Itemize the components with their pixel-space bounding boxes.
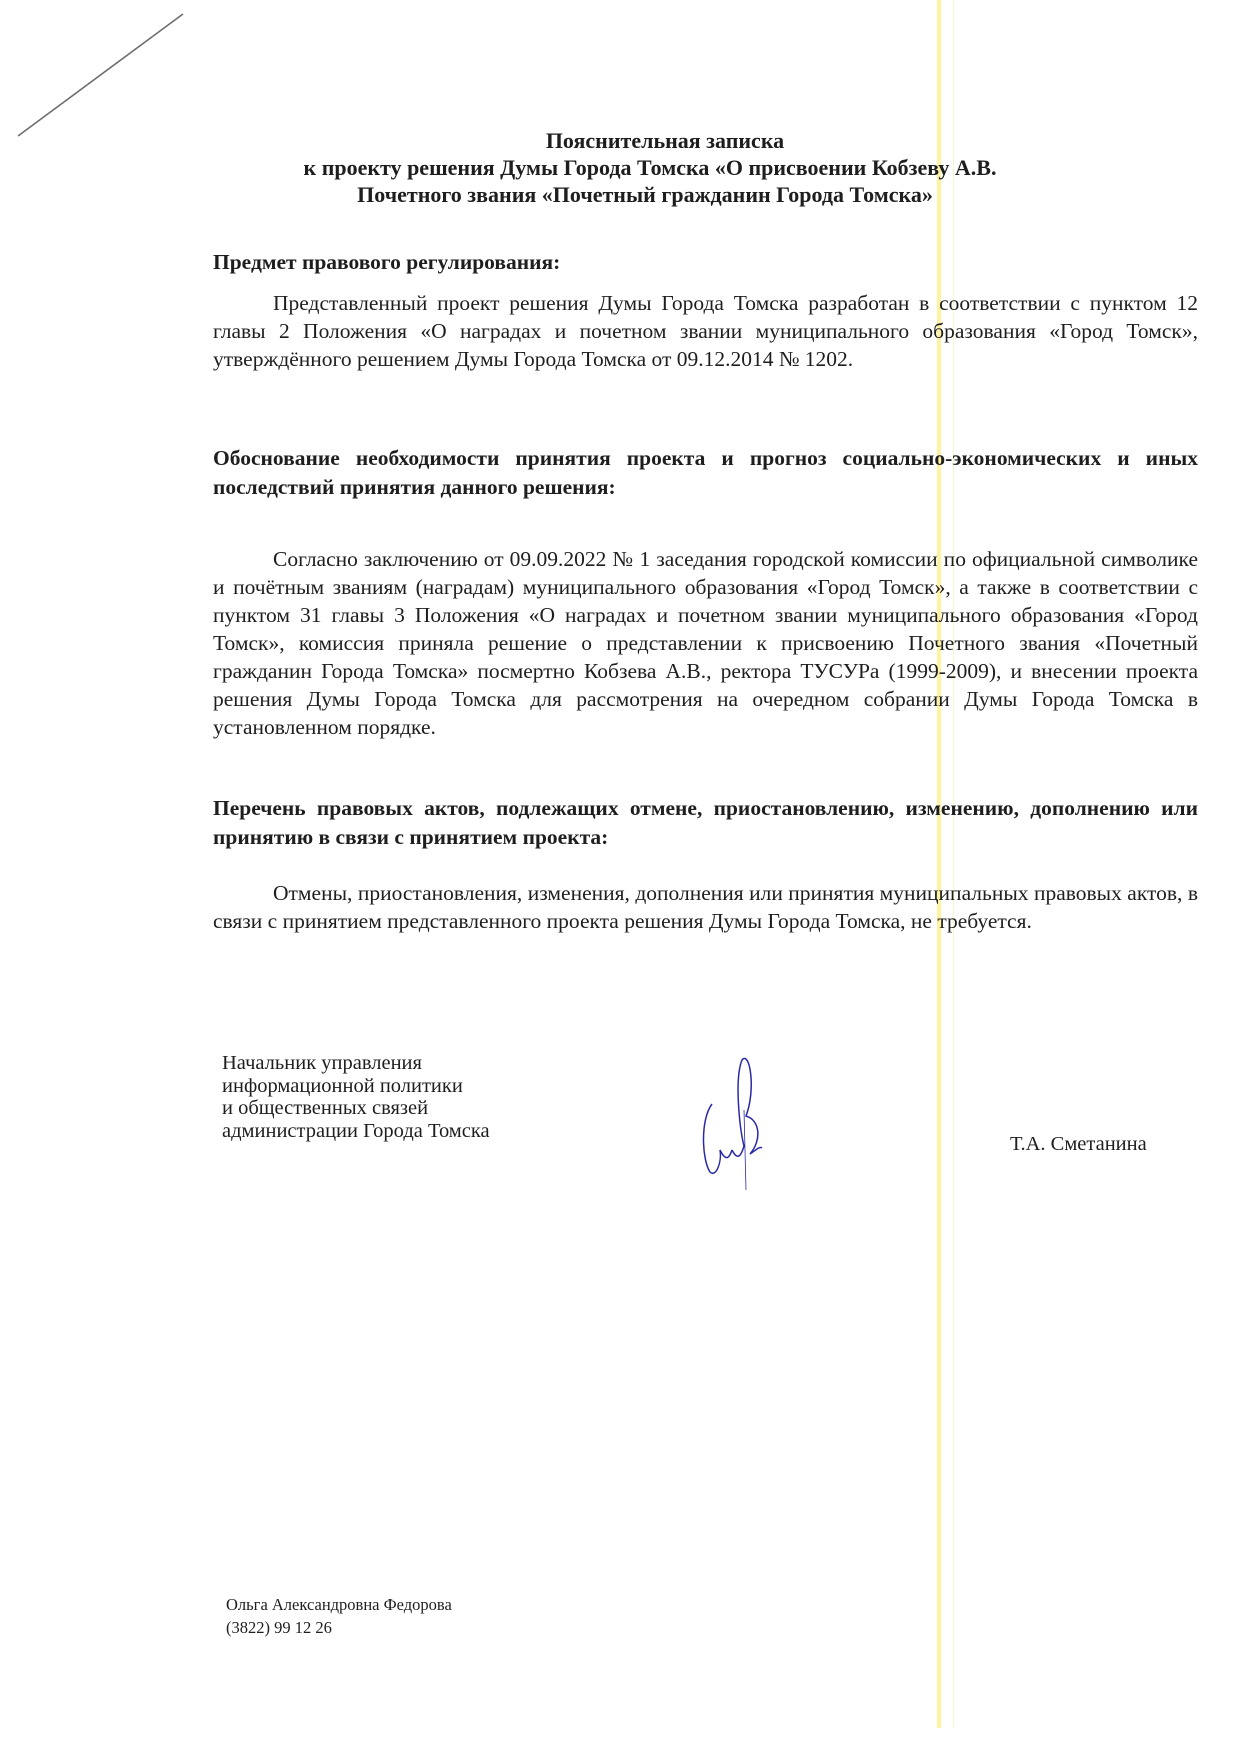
- title-line-2: к проекту решения Думы Города Томска «О …: [200, 154, 1100, 181]
- section-paragraph-justification: Согласно заключению от 09.09.2022 № 1 за…: [213, 545, 1198, 741]
- section-heading-justification: Обоснование необходимости принятия проек…: [213, 444, 1198, 501]
- title-line-1: Пояснительная записка: [200, 127, 1100, 154]
- pen-stroke-mark: [0, 0, 200, 150]
- title-line-3: Почетного звания «Почетный гражданин Гор…: [200, 181, 1100, 208]
- section-paragraph-legal-acts: Отмены, приостановления, изменения, допо…: [213, 879, 1198, 935]
- signatory-name: Т.А. Сметанина: [1010, 1133, 1147, 1156]
- position-line: администрации Города Томска: [222, 1120, 490, 1143]
- position-line: информационной политики: [222, 1075, 490, 1098]
- contact-name: Ольга Александровна Федорова: [226, 1594, 452, 1617]
- section-heading-legal-acts: Перечень правовых актов, подлежащих отме…: [213, 794, 1198, 851]
- section-paragraph-subject: Представленный проект решения Думы Город…: [213, 289, 1198, 373]
- section-heading-subject: Предмет правового регулирования:: [213, 248, 1198, 277]
- position-line: и общественных связей: [222, 1097, 490, 1120]
- contact-phone: (3822) 99 12 26: [226, 1617, 452, 1640]
- signatory-position: Начальник управления информационной поли…: [222, 1052, 490, 1142]
- position-line: Начальник управления: [222, 1052, 490, 1075]
- contact-block: Ольга Александровна Федорова (3822) 99 1…: [226, 1594, 452, 1639]
- handwritten-signature: [690, 1050, 780, 1190]
- document-title: Пояснительная записка к проекту решения …: [200, 127, 1100, 208]
